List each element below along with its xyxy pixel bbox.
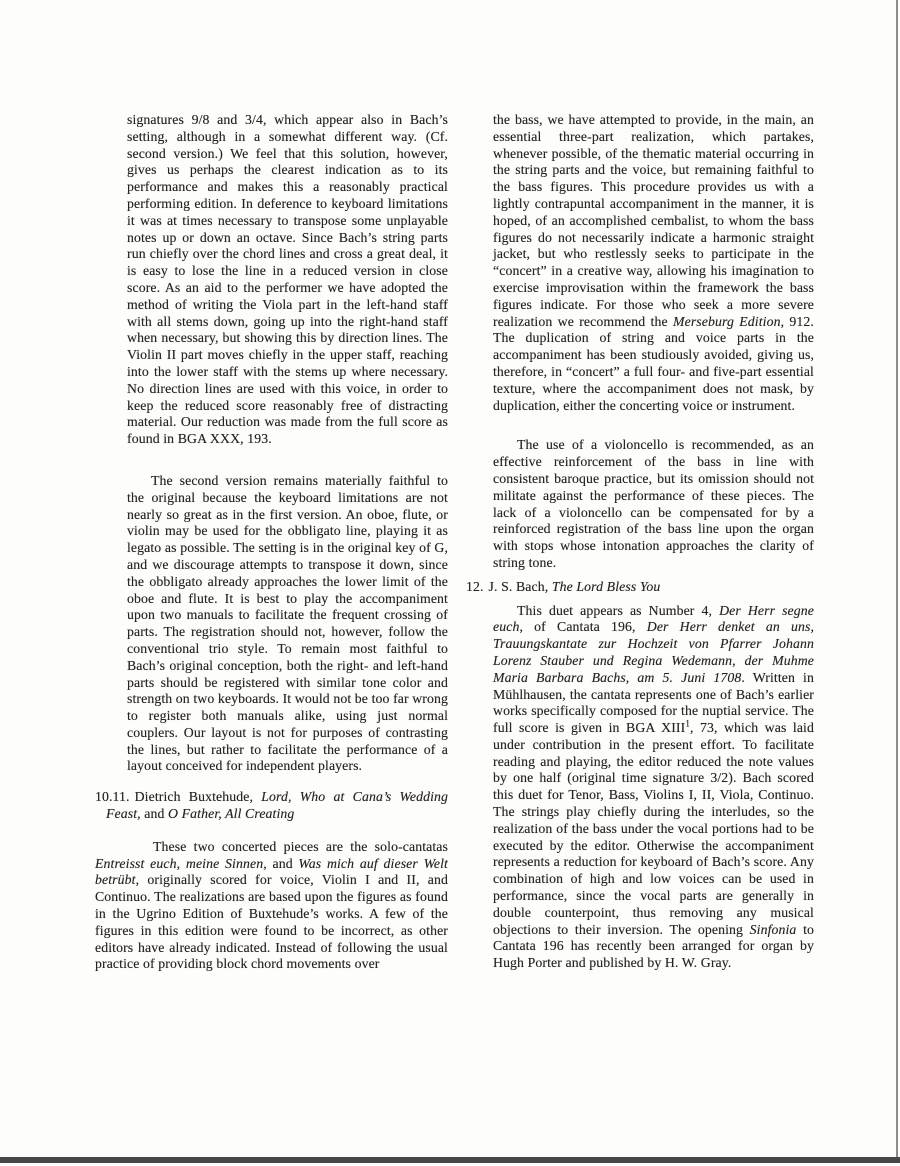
right-text-column: the bass, we have attempted to provide, … [493,112,814,972]
text-run: , 73, which was laid under contribution … [493,720,814,937]
text-run: Entreisst euch, meine Sinnen [95,856,263,871]
text-run: O Father, All Creating [168,806,294,821]
text-run: , originally scored for voice, Violin I … [95,872,448,971]
scanned-book-page: signatures 9/8 and 3/4, which appear als… [0,0,900,1166]
text-run: , of Cantata 196, [519,619,646,634]
text-run: This duet appears as Number 4, [517,603,719,618]
text-run: J. S. Bach, [489,579,552,594]
paragraph: signatures 9/8 and 3/4, which appear als… [127,112,448,448]
paragraph: the bass, we have attempted to provide, … [493,112,814,414]
paragraph: These two concerted pieces are the solo-… [95,839,448,973]
text-run: the bass, we have attempted to provide, … [493,112,814,329]
paragraph: This duet appears as Number 4, Der Herr … [493,603,814,973]
section-heading: 10.11.Dietrich Buxtehude, Lord, Who at C… [95,789,448,823]
section-heading: 12.J. S. Bach, The Lord Bless You [493,579,814,596]
paragraph: The second version remains materially fa… [127,473,448,775]
section-number: 10.11. [95,789,135,804]
text-run: Sinfonia [750,922,797,937]
scan-bottom-edge-bar [0,1157,900,1163]
paragraph: The use of a violoncello is recommended,… [493,437,814,571]
text-run: The Lord Bless You [552,579,661,594]
section-number: 12. [466,579,489,594]
text-run: The use of a violoncello is recommended,… [493,437,814,570]
text-run: Merseburg Edition [673,314,781,329]
left-text-column: signatures 9/8 and 3/4, which appear als… [95,112,448,973]
text-run: , and [137,806,168,821]
scan-right-edge-line [896,0,898,1160]
text-run: , and [263,856,298,871]
text-run: These two concerted pieces are the solo-… [153,839,448,854]
text-run: signatures 9/8 and 3/4, which appear als… [127,112,448,446]
text-run: The second version remains materially fa… [127,473,448,774]
text-run: Dietrich Buxtehude, [135,789,262,804]
